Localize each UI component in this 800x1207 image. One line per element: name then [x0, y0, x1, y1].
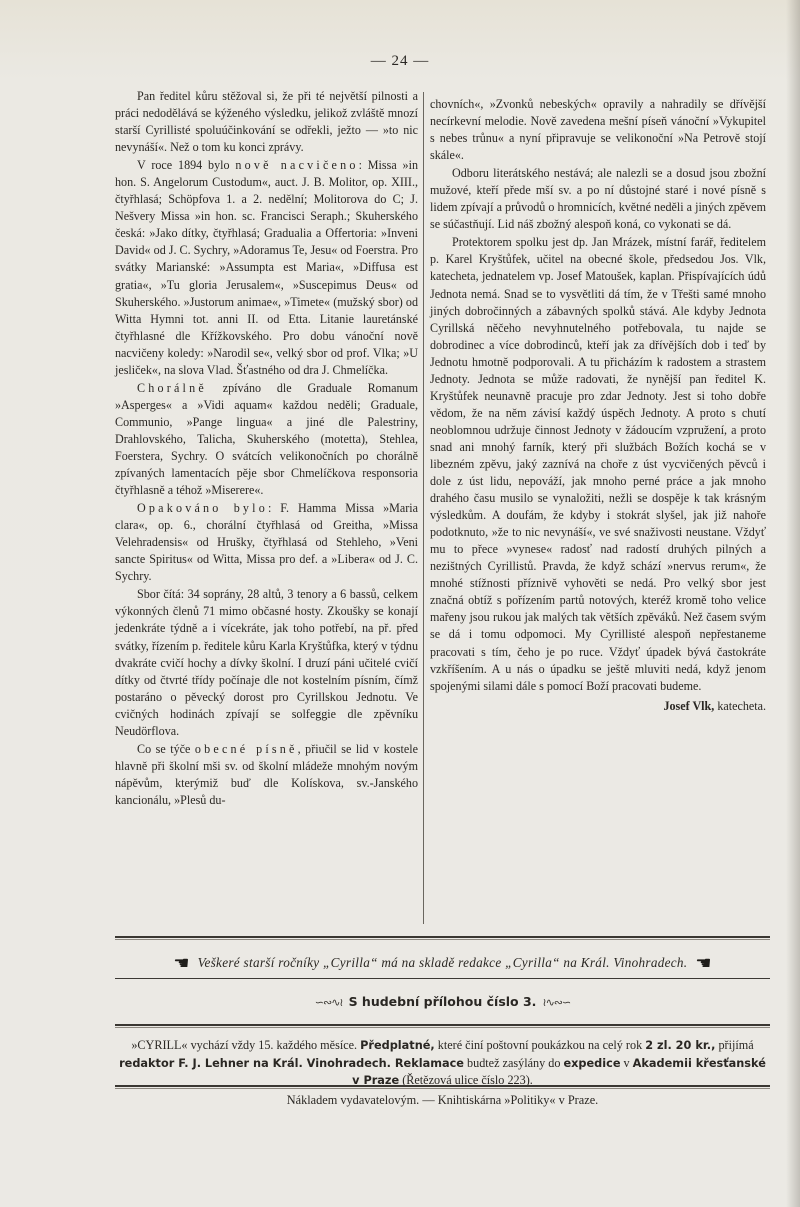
imprint: Nákladem vydavatelovým. — Knihtiskárna »… [115, 1093, 770, 1108]
spaced-emphasis: nově nacvičeno [235, 158, 358, 172]
paragraph: Sbor čítá: 34 soprány, 28 altů, 3 tenory… [115, 586, 418, 739]
text-run: zpíváno dle Graduale Romanum »Asperges« … [115, 381, 418, 497]
back-issues-notice: ☛Veškeré starší ročníky „Cyrilla“ má na … [115, 953, 770, 974]
pointing-hand-icon: ☛ [173, 953, 189, 974]
spaced-emphasis: Chorálně [137, 381, 207, 395]
supplement-text: S hudební přílohou číslo 3. [349, 994, 537, 1009]
text-run: Co se týče [137, 742, 195, 756]
article-columns: Pan ředitel kůru stěžoval si, že při té … [115, 88, 770, 928]
bold-run: redaktor F. J. Lehner na Král. Vinohrade… [119, 1057, 464, 1070]
signature-title: katecheta. [714, 699, 766, 713]
paragraph: chovních«, »Zvonků nebeských« opravily a… [430, 96, 766, 164]
bold-run: expedice [563, 1057, 620, 1070]
paragraph: V roce 1894 bylo nově nacvičeno: Missa »… [115, 157, 418, 379]
signature-name: Josef Vlk, [663, 699, 714, 713]
paragraph: Protektorem spolku jest dp. Jan Mrázek, … [430, 234, 766, 694]
ornament-flourish-icon: ≀∿∾∽ [542, 996, 570, 1009]
paragraph: Chorálně zpíváno dle Graduale Romanum »A… [115, 380, 418, 499]
paragraph: Odboru literátského nestává; ale nalezli… [430, 165, 766, 233]
text-run: budtež zasýlány do [464, 1056, 564, 1070]
text-run: v [620, 1056, 632, 1070]
text-run: : Missa »in hon. S. Angelorum Custodum«,… [115, 158, 418, 377]
bold-run: 2 zl. 20 kr., [645, 1039, 715, 1052]
paragraph: Opakováno bylo: F. Hamma Missa »Maria cl… [115, 500, 418, 585]
column-divider [423, 92, 424, 924]
divider-rule [115, 1024, 770, 1026]
document-page: — 24 — Pan ředitel kůru stěžoval si, že … [0, 0, 800, 1207]
paragraph: Co se týče obecné písně, přiučil se lid … [115, 741, 418, 809]
left-column: Pan ředitel kůru stěžoval si, že při té … [115, 88, 418, 809]
divider-rule [115, 936, 770, 938]
right-column: chovních«, »Zvonků nebeských« opravily a… [430, 96, 766, 715]
text-run: které činí poštovní poukázkou na celý ro… [435, 1038, 646, 1052]
bold-run: Předplatné, [360, 1039, 435, 1052]
music-supplement-note: ∽∾∿≀S hudební přílohou číslo 3.≀∿∾∽ [115, 994, 770, 1009]
paragraph: Pan ředitel kůru stěžoval si, že při té … [115, 88, 418, 156]
spaced-emphasis: obecné písně [195, 742, 298, 756]
text-run: přijímá [715, 1038, 753, 1052]
text-run: »CYRILL« vychází vždy 15. každého měsíce… [131, 1038, 360, 1052]
signature: Josef Vlk, katecheta. [430, 698, 766, 715]
ornament-flourish-icon: ∽∾∿≀ [315, 996, 343, 1009]
subscription-info: »CYRILL« vychází vždy 15. každého měsíce… [115, 1037, 770, 1090]
text-run: V roce 1894 bylo [137, 158, 235, 172]
page-number: — 24 — [0, 53, 800, 70]
notice-text: Veškeré starší ročníky „Cyrilla“ má na s… [198, 955, 688, 970]
pointing-hand-icon: ☚ [695, 953, 711, 974]
spaced-emphasis: Opakováno bylo [137, 501, 268, 515]
divider-rule [115, 978, 770, 979]
divider-rule [115, 1085, 770, 1087]
